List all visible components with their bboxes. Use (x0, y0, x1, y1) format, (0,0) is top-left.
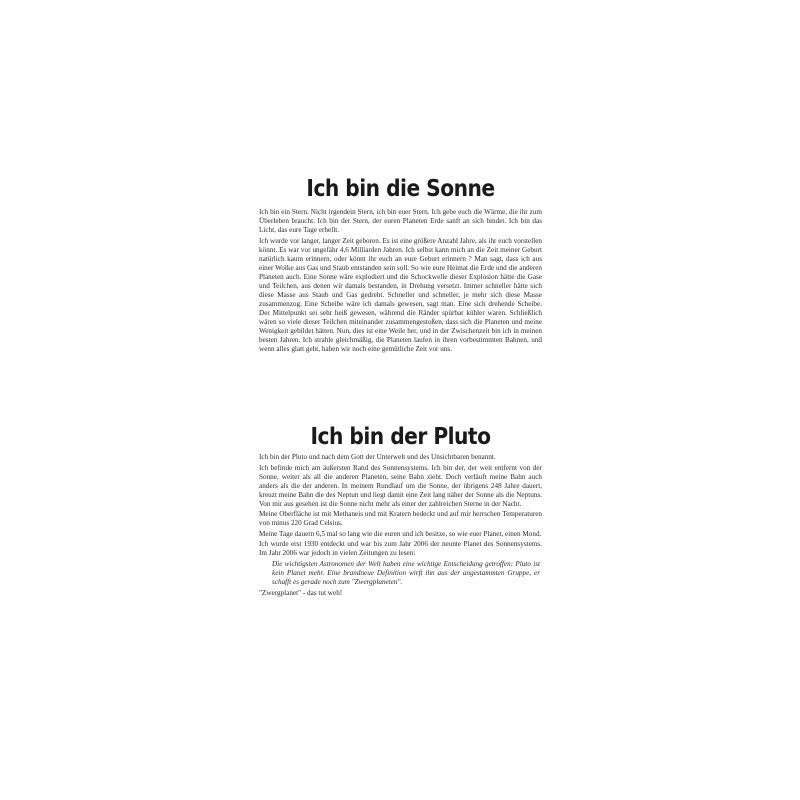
sonne-body: Ich bin ein Stern. Nicht irgendein Stern… (259, 208, 542, 354)
pluto-paragraph-1: Ich bin der Pluto und nach dem Gott der … (259, 453, 542, 462)
pluto-closing: "Zwergplanet" - das tut weh! (259, 589, 542, 598)
pluto-paragraph-4: Meine Tage dauern 6,5 mal so lang wie di… (259, 530, 542, 539)
pluto-paragraph-2: Ich befinde mich am äußersten Rand des S… (259, 464, 542, 509)
section-pluto: Ich bin der Pluto Ich bin der Pluto und … (259, 423, 542, 599)
pluto-quote: Die wichtigsten Astronomen der Welt habe… (259, 560, 542, 587)
sonne-paragraph-1: Ich bin ein Stern. Nicht irgendein Stern… (259, 208, 542, 235)
pluto-paragraph-3: Meine Oberfläche ist mit Methaneis und m… (259, 510, 542, 528)
pluto-paragraph-5: Ich wurde erst 1930 entdeckt und war bis… (259, 540, 542, 558)
sonne-title: Ich bin die Sonne (276, 175, 525, 203)
sonne-paragraph-2: Ich wurde vor langer, langer Zeit gebore… (259, 237, 542, 355)
section-sonne: Ich bin die Sonne Ich bin ein Stern. Nic… (259, 175, 542, 356)
pluto-title: Ich bin der Pluto (276, 423, 525, 451)
pluto-body: Ich bin der Pluto und nach dem Gott der … (259, 453, 542, 598)
